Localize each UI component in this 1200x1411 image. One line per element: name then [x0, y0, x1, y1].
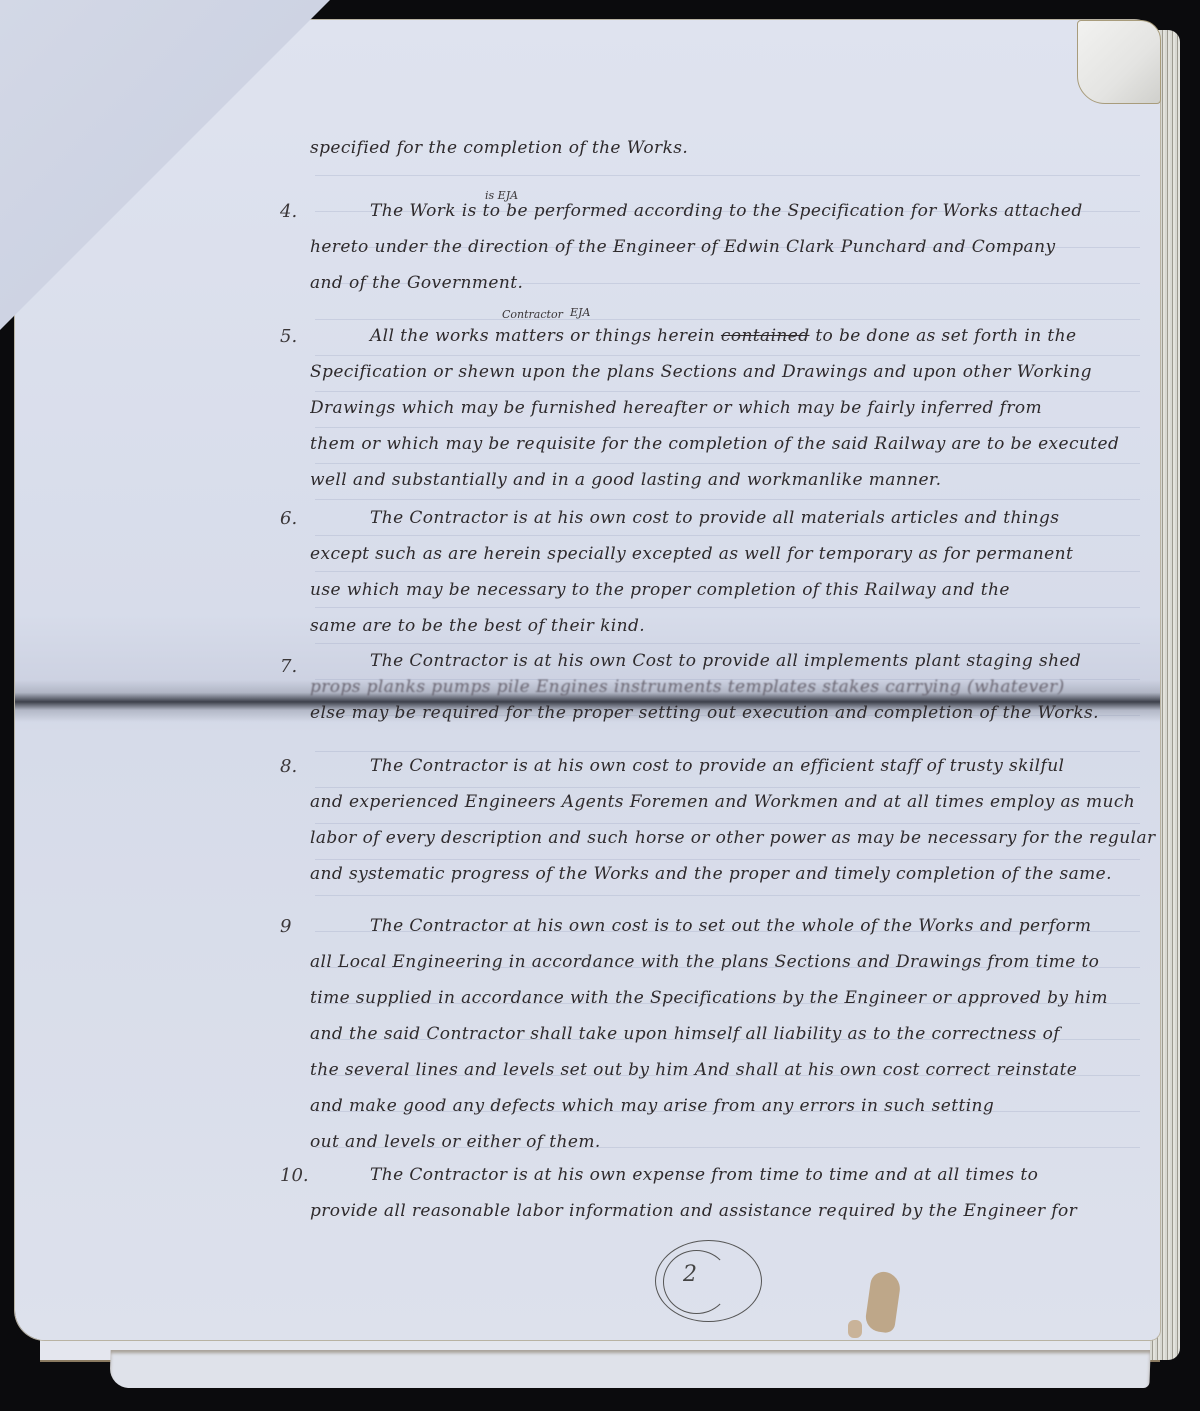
text-line: all Local Engineering in accordance with…	[310, 944, 1160, 980]
text-line: props planks pumps pile Engines instrume…	[310, 674, 1160, 700]
clause-number: 7.	[280, 656, 297, 677]
clause-number: 6.	[280, 508, 297, 529]
clause-5: 5. Contractor EJA All the works matters …	[310, 318, 1160, 498]
clause-number: 8.	[280, 756, 297, 777]
clause-8: 8. The Contractor is at his own cost to …	[310, 748, 1160, 892]
ink-stain	[864, 1270, 902, 1334]
text-line: well and substantially and in a good las…	[310, 462, 1160, 498]
clause-number: 5.	[280, 326, 297, 347]
page-number: 2	[683, 1262, 697, 1287]
text-line: same are to be the best of their kind.	[310, 608, 1160, 644]
correction-initials: EJA	[570, 306, 590, 319]
struck-word: contained	[721, 326, 810, 346]
text-line: The Contractor at his own cost is to set…	[310, 908, 1160, 944]
text-line: The Contractor is at his own Cost to pro…	[310, 648, 1160, 674]
text-line: time supplied in accordance with the Spe…	[310, 980, 1160, 1016]
clause-number: 9	[280, 916, 291, 937]
text-line: and experienced Engineers Agents Foremen…	[310, 784, 1160, 820]
text-line: and make good any defects which may aris…	[310, 1088, 1160, 1124]
text-line: Specification or shewn upon the plans Se…	[310, 354, 1160, 390]
text-line: else may be required for the proper sett…	[310, 700, 1160, 726]
document-photo: specified for the completion of the Work…	[0, 0, 1200, 1411]
text-line: hereto under the direction of the Engine…	[310, 229, 1160, 265]
text-line: provide all reasonable labor information…	[310, 1193, 1160, 1229]
text-line: and the said Contractor shall take upon …	[310, 1016, 1160, 1052]
inserted-correction: Contractor	[502, 308, 563, 321]
ink-stain	[848, 1320, 862, 1338]
text-line: them or which may be requisite for the c…	[310, 426, 1160, 462]
text-line: The Contractor is at his own cost to pro…	[310, 748, 1160, 784]
text-line: The Work is to be performed according to…	[310, 193, 1160, 229]
clause-7: 7. The Contractor is at his own Cost to …	[310, 648, 1160, 726]
clause-4: 4. is EJA The Work is to be performed ac…	[310, 193, 1160, 301]
clause-6: 6. The Contractor is at his own cost to …	[310, 500, 1160, 644]
text-line: labor of every description and such hors…	[310, 820, 1160, 856]
clause-number: 4.	[280, 201, 297, 222]
text-line: except such as are herein specially exce…	[310, 536, 1160, 572]
text-line: The Contractor is at his own expense fro…	[310, 1157, 1160, 1193]
text-line: The Contractor is at his own cost to pro…	[310, 500, 1160, 536]
clause-number: 10.	[280, 1165, 309, 1186]
clause-10: 10. The Contractor is at his own expense…	[310, 1157, 1160, 1229]
text-line: use which may be necessary to the proper…	[310, 572, 1160, 608]
text-line: out and levels or either of them.	[310, 1124, 1160, 1160]
clause-continuation: specified for the completion of the Work…	[310, 130, 1160, 166]
text-line: specified for the completion of the Work…	[310, 130, 1160, 166]
margin-annotation: is EJA	[485, 189, 518, 202]
text-line: and of the Government.	[310, 265, 1160, 301]
text-line: and systematic progress of the Works and…	[310, 856, 1160, 892]
text-line: the several lines and levels set out by …	[310, 1052, 1160, 1088]
clause-9: 9 The Contractor at his own cost is to s…	[310, 908, 1160, 1160]
text-line: Drawings which may be furnished hereafte…	[310, 390, 1160, 426]
handwritten-text: specified for the completion of the Work…	[0, 0, 1200, 1411]
text-line: All the works matters or things herein c…	[310, 318, 1160, 354]
